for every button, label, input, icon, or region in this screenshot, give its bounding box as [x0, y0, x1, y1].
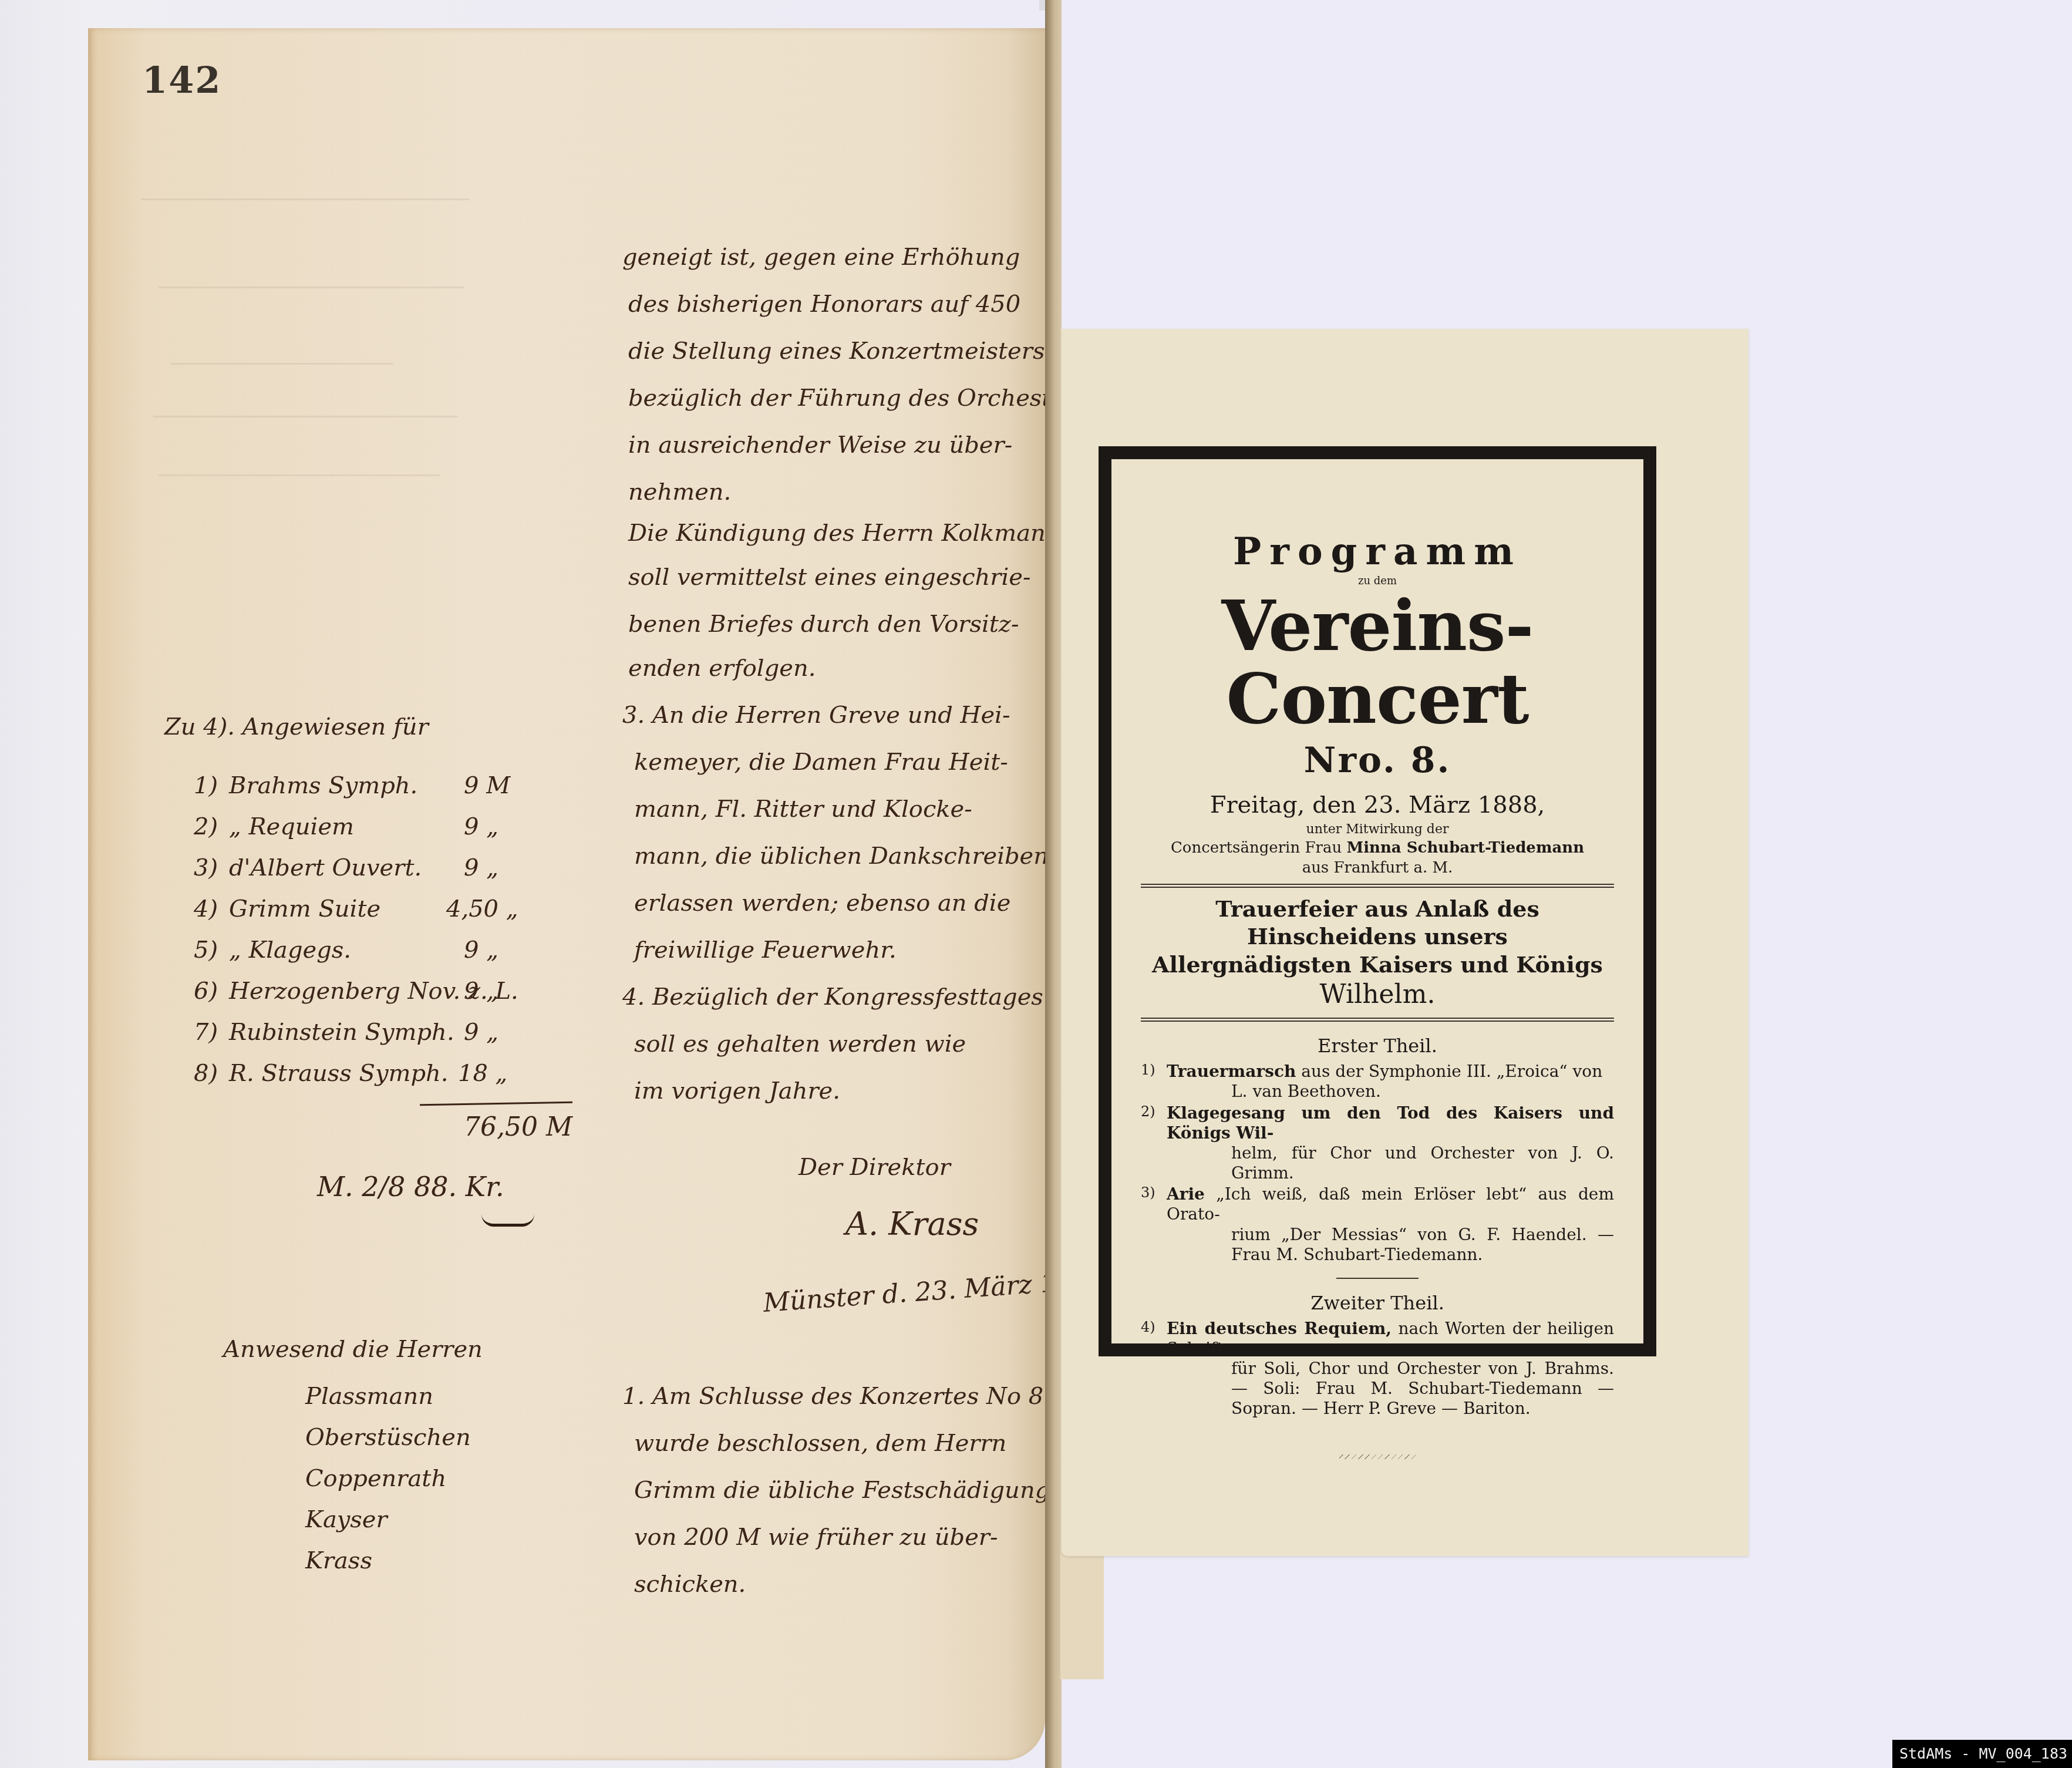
minutes-line: des bisherigen Honorars auf 450	[628, 292, 1020, 316]
director-signature: A. Krass	[845, 1208, 979, 1240]
soloist-prefix: Concertsängerin Frau	[1171, 839, 1342, 857]
minutes-line: wurde beschlossen, dem Herrn	[634, 1432, 1006, 1455]
minutes-line: Grimm die übliche Festschädigung	[634, 1479, 1050, 1502]
soloist-origin: aus Frankfurt a. M.	[1141, 859, 1614, 877]
minutes-line: 3. An die Herren Greve und Hei-	[622, 703, 1010, 727]
attendee: Kayser	[305, 1508, 388, 1531]
minutes-line: 1. Am Schlusse des Konzertes No 8	[622, 1385, 1043, 1408]
concert-number: Nro. 8.	[1141, 740, 1614, 781]
sum-rule	[420, 1102, 572, 1106]
expense-amount: 9 M	[464, 774, 510, 797]
minutes-line: von 200 M wie früher zu über-	[634, 1525, 998, 1549]
ornamental-rule	[1339, 1454, 1416, 1459]
minutes-line: bezüglich der Führung des Orchesters	[628, 386, 1089, 410]
expense-item: R. Strauss Symph.	[229, 1062, 449, 1085]
expense-amount: 9 „	[464, 856, 498, 880]
expense-amount: 9 „	[464, 979, 498, 1003]
memorial-occasion: Trauerfeier aus Anlaß des Hinscheidens u…	[1141, 895, 1614, 1011]
occasion-line: Trauerfeier aus Anlaß des Hinscheidens u…	[1141, 895, 1614, 951]
attendee: Coppenrath	[305, 1467, 446, 1490]
minutes-line: kemeyer, die Damen Frau Heit-	[634, 750, 1008, 774]
program-item: 4) Ein deutsches Requiem, nach Worten de…	[1141, 1319, 1614, 1419]
expense-total: 76,50 M	[464, 1114, 572, 1140]
item-number: 4)	[1141, 1319, 1167, 1419]
bleed-through	[141, 198, 470, 200]
minutes-line: schicken.	[634, 1572, 746, 1596]
part-one-heading: Erster Theil.	[1141, 1035, 1614, 1057]
item-title: Ein deutsches Requiem,	[1167, 1319, 1392, 1338]
payment-note: M. 2/8 88. Kr.	[317, 1173, 504, 1200]
minutes-line: enden erfolgen.	[628, 656, 816, 680]
item-text: „Ich weiß, daß mein Erlöser lebt“ aus de…	[1167, 1184, 1614, 1224]
soloist-line: Concertsängerin Frau Minna Schubart-Tied…	[1141, 839, 1614, 857]
minutes-line: in ausreichender Weise zu über-	[628, 433, 1012, 457]
expense-number: 4)	[194, 897, 218, 921]
page-number: 142	[142, 59, 221, 102]
expense-number: 1)	[194, 774, 218, 797]
minutes-line: erlassen werden; ebenso an die	[634, 891, 1010, 915]
mourning-border: Programm zu dem Vereins-Concert Nro. 8. …	[1099, 446, 1656, 1356]
expense-item: Rubinstein Symph.	[229, 1021, 454, 1044]
minutes-line: soll vermittelst eines eingeschrie-	[628, 565, 1030, 589]
minutes-line: mann, Fl. Ritter und Klocke-	[634, 797, 972, 821]
expense-number: 7)	[194, 1021, 218, 1044]
attendance-header: Anwesend die Herren	[223, 1338, 483, 1361]
minutes-line: mann, die üblichen Dankschreiben	[634, 844, 1049, 868]
item-title: Klagegesang um den Tod des Kaisers und K…	[1167, 1103, 1614, 1143]
attendee: Krass	[305, 1549, 372, 1572]
section-rule	[1336, 1278, 1419, 1279]
item-continuation: rium „Der Messias“ von G. F. Haendel. — …	[1167, 1225, 1614, 1265]
concert-date: Freitag, den 23. März 1888,	[1141, 792, 1614, 819]
paraph-flourish	[481, 1214, 534, 1227]
program-content: Programm zu dem Vereins-Concert Nro. 8. …	[1141, 530, 1614, 1459]
emperor-name: Wilhelm.	[1141, 978, 1614, 1011]
minutes-line: Die Kündigung des Herrn Kolkmann	[628, 521, 1061, 545]
soloist-name: Minna Schubart-Tiedemann	[1346, 839, 1584, 857]
minutes-line: die Stellung eines Konzertmeisters	[628, 339, 1045, 363]
expense-item: „ Requiem	[229, 815, 354, 838]
item-continuation: helm, für Chor und Orchester von J. O. G…	[1167, 1143, 1614, 1183]
expense-item: Brahms Symph.	[229, 774, 417, 797]
double-rule	[1141, 1018, 1614, 1022]
minutes-line: nehmen.	[628, 480, 731, 504]
minutes-line: im vorigen Jahre.	[634, 1079, 840, 1103]
item-number: 2)	[1141, 1103, 1167, 1184]
item-title: Arie	[1167, 1184, 1205, 1204]
expense-amount: 9 „	[464, 1021, 498, 1044]
bleed-through	[170, 363, 393, 365]
program-item: 3) Arie „Ich weiß, daß mein Erlöser lebt…	[1141, 1184, 1614, 1265]
minutes-line: soll es gehalten werden wie	[634, 1032, 966, 1056]
occasion-line: Allergnädigsten Kaisers und Königs	[1141, 951, 1614, 979]
program-item: 1) Trauermarsch aus der Symphonie III. „…	[1141, 1062, 1614, 1102]
minutes-line: geneigt ist, gegen eine Erhöhung	[622, 245, 1020, 269]
allocation-header: Zu 4). Angewiesen für	[164, 715, 429, 739]
expense-item: d'Albert Ouvert.	[229, 856, 422, 880]
item-number: 3)	[1141, 1184, 1167, 1265]
closing-title: Der Direktor	[799, 1156, 951, 1179]
attendee: Plassmann	[305, 1385, 433, 1408]
item-continuation: L. van Beethoven.	[1167, 1082, 1614, 1102]
expense-amount: 4,50 „	[446, 897, 518, 921]
part-two-items: 4) Ein deutsches Requiem, nach Worten de…	[1141, 1319, 1614, 1419]
expense-item: Grimm Suite	[229, 897, 380, 921]
expense-number: 2)	[194, 815, 218, 838]
concert-name: Vereins-Concert	[1141, 590, 1614, 735]
item-text: aus der Symphonie III. „Eroica“ von	[1301, 1062, 1602, 1081]
item-title: Trauermarsch	[1167, 1062, 1296, 1081]
part-two-heading: Zweiter Theil.	[1141, 1292, 1614, 1314]
bleed-through	[153, 416, 458, 417]
item-continuation: für Soli, Chor und Orchester von J. Brah…	[1167, 1359, 1614, 1419]
expense-number: 6)	[194, 979, 218, 1003]
program-title: Programm	[1141, 530, 1614, 574]
expense-number: 3)	[194, 856, 218, 880]
minutes-line: 4. Bezüglich der Kongressfesttages	[622, 985, 1043, 1009]
expense-amount: 9 „	[464, 938, 498, 962]
bleed-through	[159, 287, 464, 288]
program-item: 2) Klagegesang um den Tod des Kaisers un…	[1141, 1103, 1614, 1184]
double-rule	[1141, 884, 1614, 888]
expense-number: 5)	[194, 938, 218, 962]
expense-number: 8)	[194, 1062, 218, 1085]
expense-amount: 9 „	[464, 815, 498, 838]
expense-amount: 18 „	[458, 1062, 507, 1085]
archive-label: StdAMs - MV_004_183	[1892, 1740, 2072, 1768]
bleed-through	[159, 474, 440, 476]
attendee: Oberstüschen	[305, 1426, 471, 1449]
item-number: 1)	[1141, 1062, 1167, 1102]
expense-item: „ Klagegs.	[229, 938, 351, 962]
minutes-line: benen Briefes durch den Vorsitz-	[628, 612, 1019, 636]
minutes-line: freiwillige Feuerwehr.	[634, 938, 897, 962]
concert-program-card: Programm zu dem Vereins-Concert Nro. 8. …	[1062, 329, 1748, 1556]
manuscript-page: 142 Zu 4). Angewiesen für 1) Brahms Symp…	[88, 28, 1045, 1760]
participation-line: unter Mitwirkung der	[1141, 822, 1614, 837]
part-one-items: 1) Trauermarsch aus der Symphonie III. „…	[1141, 1062, 1614, 1265]
